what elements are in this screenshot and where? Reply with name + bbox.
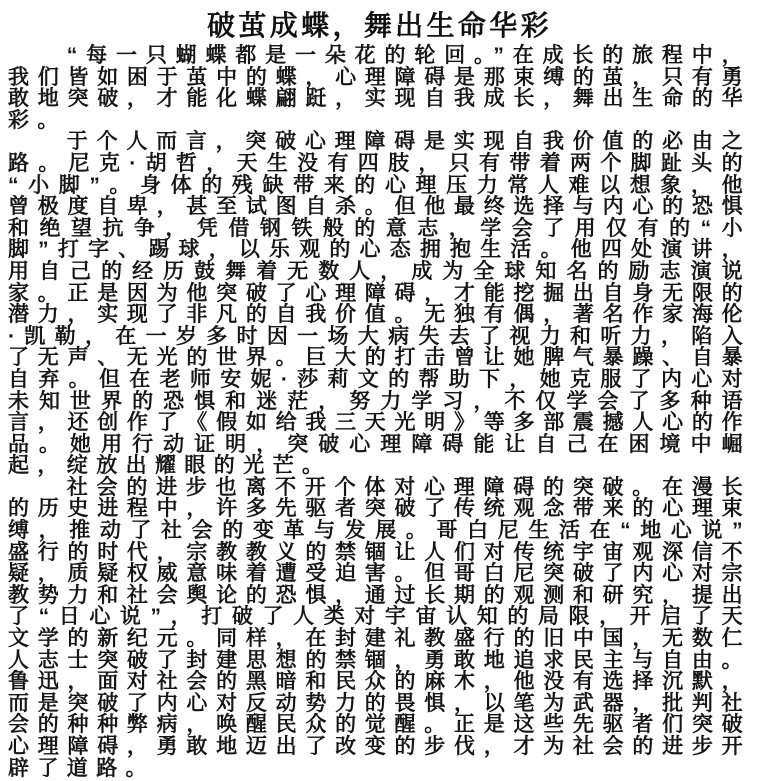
- document-page: 破茧成蝶，舞出生命华彩 “每一只蝴蝶都是一朵花的轮回。”在成长的旅程中，我们皆如…: [0, 0, 759, 781]
- paragraph-society: 社会的进步也离不开个体对心理障碍的突破。在漫长的历史进程中，许多先驱者突破了传统…: [8, 477, 751, 779]
- paragraph-intro: “每一只蝴蝶都是一朵花的轮回。”在成长的旅程中，我们皆如困于茧中的蝶，心理障碍是…: [8, 45, 751, 131]
- paragraph-individual: 于个人而言，突破心理障碍是实现自我价值的必由之路。尼克·胡哲，天生没有四肢，只有…: [8, 131, 751, 477]
- document-title: 破茧成蝶，舞出生命华彩: [8, 10, 751, 42]
